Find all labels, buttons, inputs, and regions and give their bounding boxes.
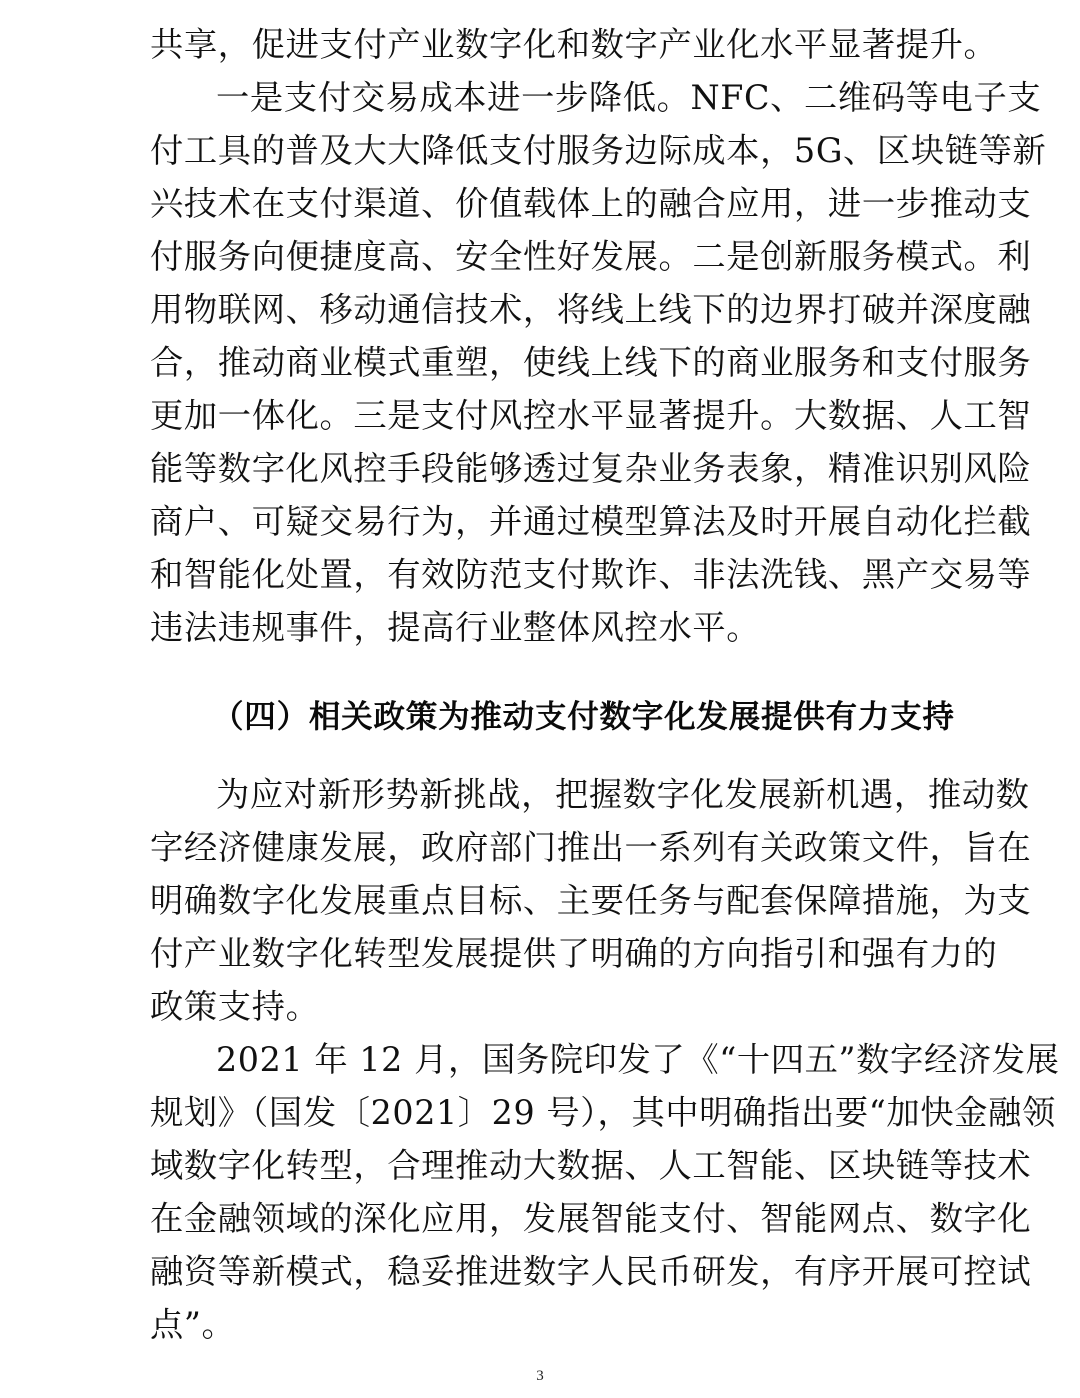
- paragraph-line: 用物联网、移动通信技术，将线上线下的边界打破并深度融: [150, 290, 950, 330]
- paragraph-line: 2021 年 12 月，国务院印发了《“十四五”数字经济发展: [216, 1040, 950, 1080]
- paragraph-line: 共享，促进支付产业数字化和数字产业化水平显著提升。: [150, 25, 950, 65]
- paragraph-line: 违法违规事件，提高行业整体风控水平。: [150, 608, 950, 648]
- page-number: 3: [0, 1366, 1080, 1386]
- paragraph-line: 在金融领域的深化应用，发展智能支付、智能网点、数字化: [150, 1199, 950, 1239]
- paragraph-line: 点”。: [150, 1305, 950, 1345]
- section-heading: （四）相关政策为推动支付数字化发展提供有力支持: [212, 697, 954, 737]
- paragraph-line: 商户、可疑交易行为，并通过模型算法及时开展自动化拦截: [150, 502, 950, 542]
- paragraph-line: 规划》（国发〔2021〕29 号），其中明确指出要“加快金融领: [150, 1093, 950, 1133]
- paragraph-line: 字经济健康发展，政府部门推出一系列有关政策文件，旨在: [150, 828, 950, 868]
- paragraph-line: 和智能化处置，有效防范支付欺诈、非法洗钱、黑产交易等: [150, 555, 950, 595]
- paragraph-line: 政策支持。: [150, 987, 950, 1027]
- paragraph-line: 融资等新模式，稳妥推进数字人民币研发，有序开展可控试: [150, 1252, 950, 1292]
- paragraph-line: 域数字化转型，合理推动大数据、人工智能、区块链等技术: [150, 1146, 950, 1186]
- paragraph-line: 更加一体化。三是支付风控水平显著提升。大数据、人工智: [150, 396, 950, 436]
- paragraph-line: 兴技术在支付渠道、价值载体上的融合应用，进一步推动支: [150, 184, 950, 224]
- document-page: 共享，促进支付产业数字化和数字产业化水平显著提升。 一是支付交易成本进一步降低。…: [0, 0, 1080, 1398]
- paragraph-line: 一是支付交易成本进一步降低。NFC、二维码等电子支: [216, 78, 950, 118]
- paragraph-line: 付服务向便捷度高、安全性好发展。二是创新服务模式。利: [150, 237, 950, 277]
- paragraph-line: 付工具的普及大大降低支付服务边际成本，5G、区块链等新: [150, 131, 950, 171]
- paragraph-line: 付产业数字化转型发展提供了明确的方向指引和强有力的: [150, 934, 950, 974]
- paragraph-line: 为应对新形势新挑战，把握数字化发展新机遇，推动数: [216, 775, 950, 815]
- paragraph-line: 合，推动商业模式重塑，使线上线下的商业服务和支付服务: [150, 343, 950, 383]
- paragraph-line: 能等数字化风控手段能够透过复杂业务表象，精准识别风险: [150, 449, 950, 489]
- paragraph-line: 明确数字化发展重点目标、主要任务与配套保障措施，为支: [150, 881, 950, 921]
